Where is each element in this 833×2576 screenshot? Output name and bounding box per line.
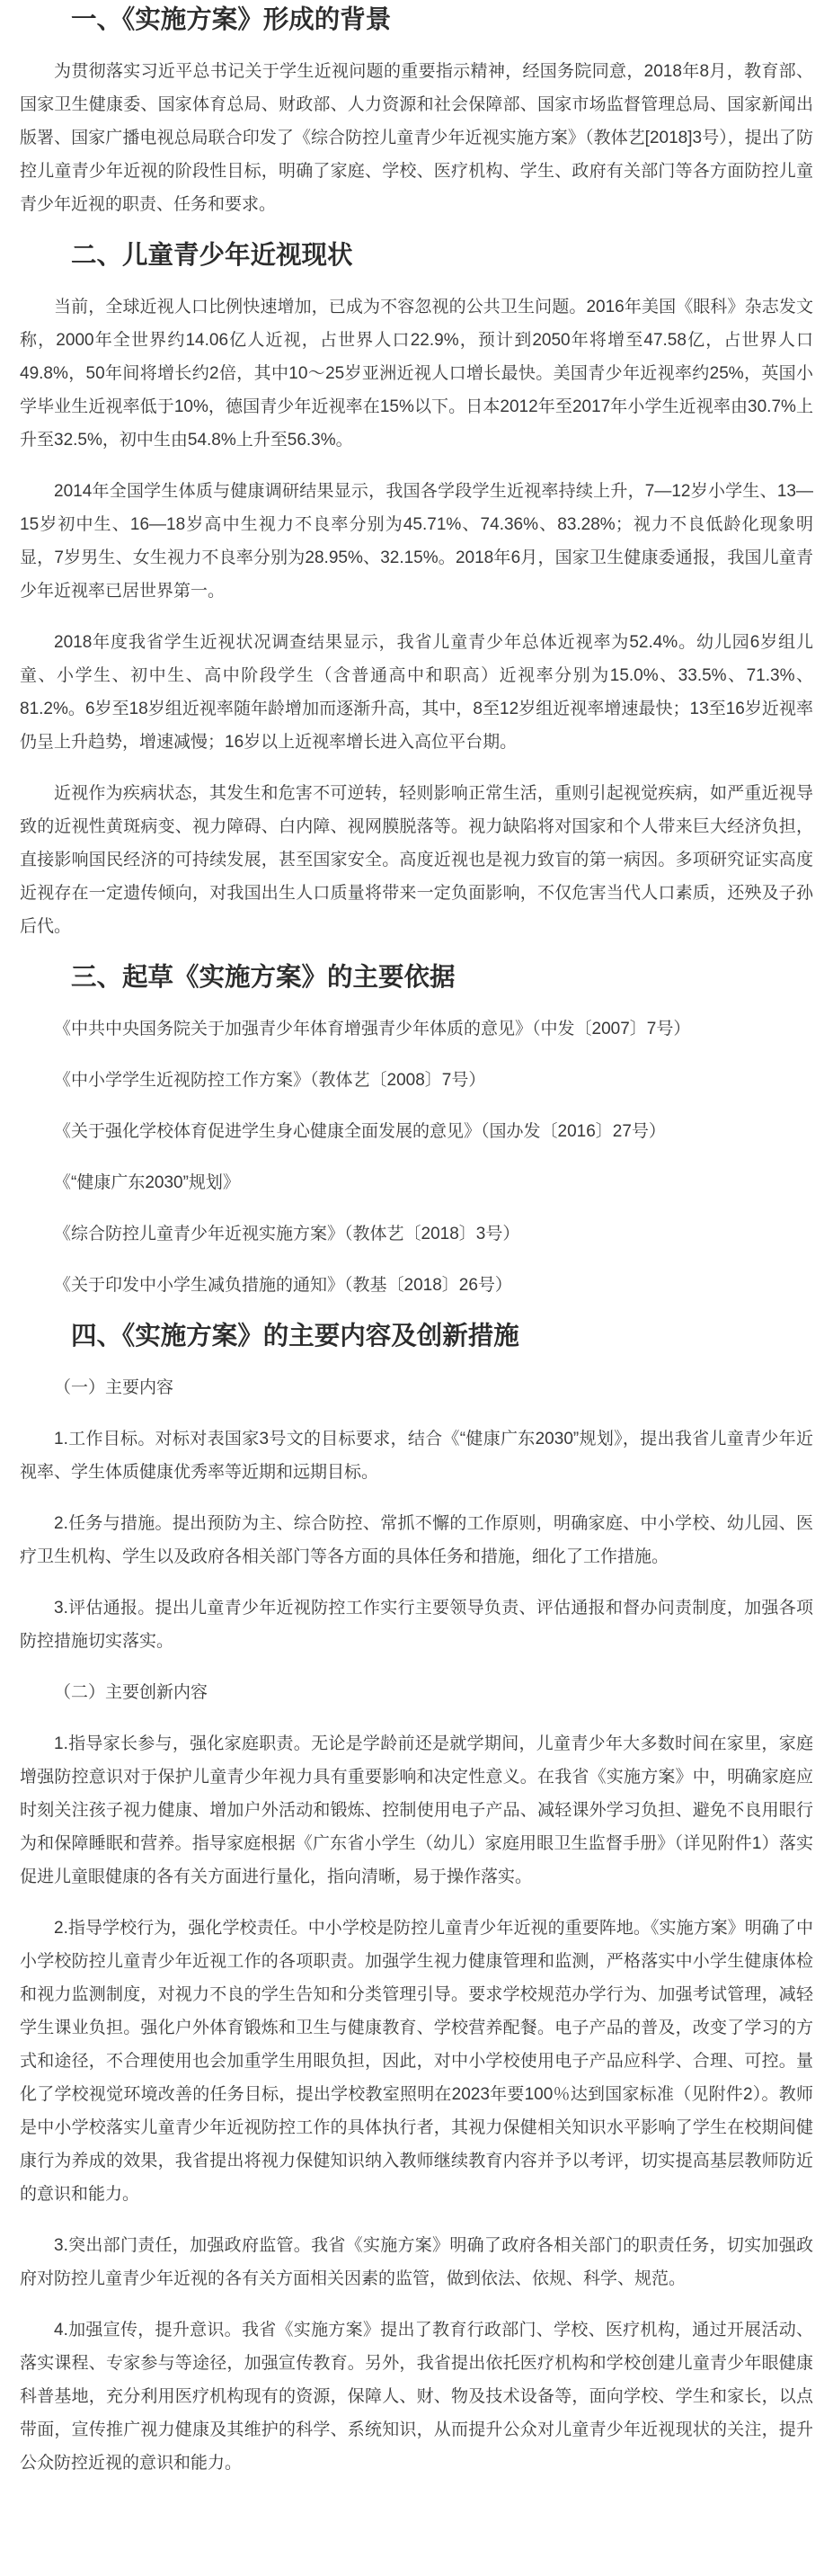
paragraph: 4.加强宣传，提升意识。我省《实施方案》提出了教育行政部门、学校、医疗机构，通过… <box>20 2313 813 2480</box>
document-body: 一、《实施方案》形成的背景 为贯彻落实习近平总书记关于学生近视问题的重要指示精神… <box>0 0 833 2519</box>
section-heading-background: 一、《实施方案》形成的背景 <box>20 4 813 37</box>
paragraph: 2.指导学校行为，强化学校责任。中小学校是防控儿童青少年近视的重要阵地。《实施方… <box>20 1912 813 2211</box>
paragraph: 近视作为疾病状态，其发生和危害不可逆转，轻则影响正常生活，重则引起视觉疾病，如严… <box>20 777 813 943</box>
reference-item: 《“健康广东2030”规划》 <box>20 1166 813 1199</box>
paragraph: 1.工作目标。对标对表国家3号文的目标要求，结合《“健康广东2030”规划》，提… <box>20 1422 813 1489</box>
paragraph: 2018年度我省学生近视状况调查结果显示，我省儿童青少年总体近视率为52.4%。… <box>20 626 813 759</box>
reference-item: 《中小学学生近视防控工作方案》（教体艺〔2008〕7号） <box>20 1064 813 1097</box>
section-heading-drafting-basis: 三、起草《实施方案》的主要依据 <box>20 961 813 994</box>
section-heading-main-content: 四、《实施方案》的主要内容及创新措施 <box>20 1320 813 1353</box>
paragraph: 当前，全球近视人口比例快速增加，已成为不容忽视的公共卫生问题。2016年美国《眼… <box>20 290 813 457</box>
paragraph: 1.指导家长参与，强化家庭职责。无论是学龄前还是就学期间，儿童青少年大多数时间在… <box>20 1727 813 1894</box>
paragraph: 为贯彻落实习近平总书记关于学生近视问题的重要指示精神，经国务院同意，2018年8… <box>20 55 813 221</box>
section-heading-current-status: 二、儿童青少年近视现状 <box>20 239 813 272</box>
reference-item: 《关于印发中小学生减负措施的通知》（教基〔2018〕26号） <box>20 1269 813 1302</box>
reference-item: 《综合防控儿童青少年近视实施方案》（教体艺〔2018〕3号） <box>20 1217 813 1251</box>
paragraph: 2014年全国学生体质与健康调研结果显示，我国各学段学生近视率持续上升，7—12… <box>20 475 813 608</box>
paragraph: 3.评估通报。提出儿童青少年近视防控工作实行主要领导负责、评估通报和督办问责制度… <box>20 1591 813 1658</box>
subsection-heading-innovations: （二）主要创新内容 <box>20 1676 813 1709</box>
reference-item: 《中共中央国务院关于加强青少年体育增强青少年体质的意见》（中发〔2007〕7号） <box>20 1012 813 1046</box>
subsection-heading-main-content: （一）主要内容 <box>20 1371 813 1404</box>
paragraph: 2.任务与措施。提出预防为主、综合防控、常抓不懈的工作原则，明确家庭、中小学校、… <box>20 1507 813 1573</box>
paragraph: 3.突出部门责任，加强政府监管。我省《实施方案》明确了政府各相关部门的职责任务，… <box>20 2229 813 2295</box>
reference-item: 《关于强化学校体育促进学生身心健康全面发展的意见》（国办发〔2016〕27号） <box>20 1115 813 1148</box>
